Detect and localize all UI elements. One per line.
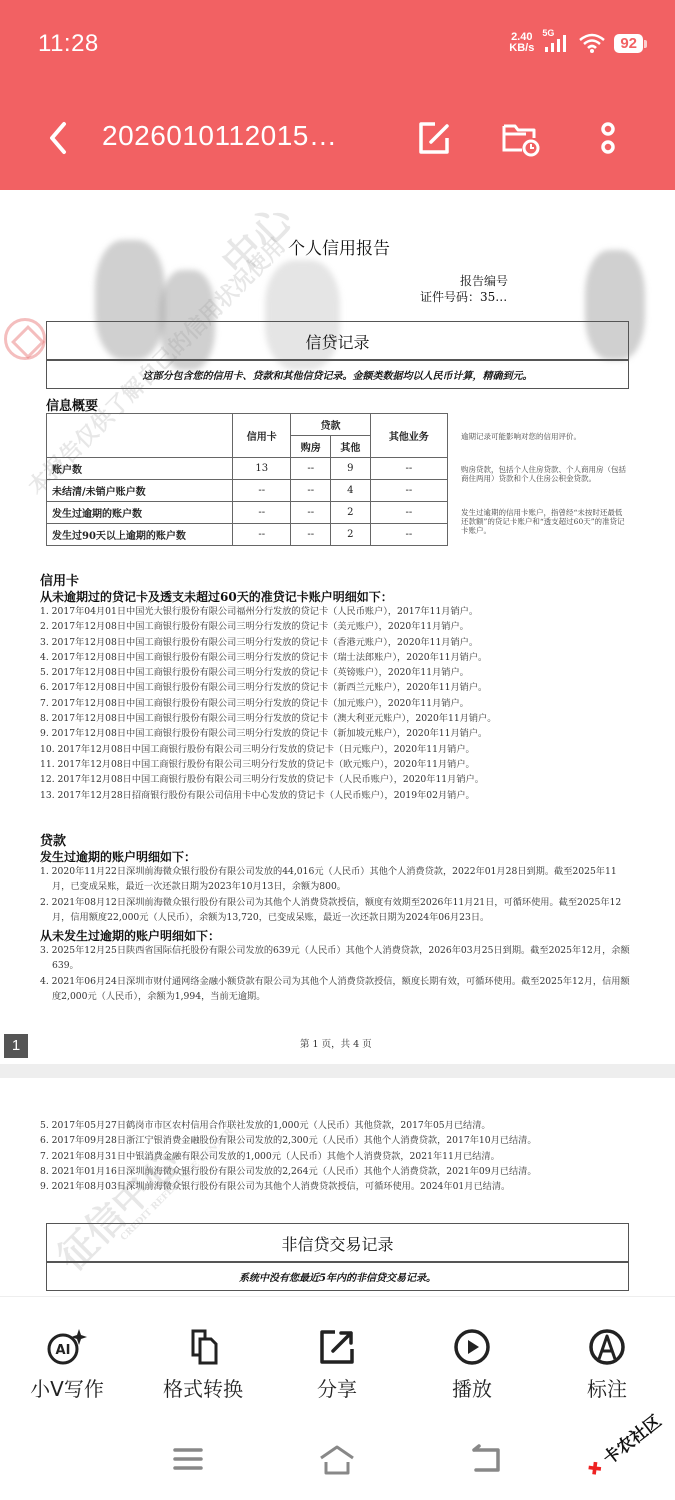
top-bar: 11:28 2.40 KB/s 5G 92 2026010112015… [0, 0, 675, 190]
list-item: 5. 2017年05月27日鹤岗市市区农村信用合作联社发放的1,000元（人民币… [40, 1118, 630, 1133]
non-credit-section-box: 非信贷交易记录 系统中没有您最近5年内的非信贷交易记录。 [46, 1223, 629, 1291]
report-id-label: 证件号码：35… [420, 288, 507, 305]
credit-section-description: 这部分包含您的信用卡、贷款和其他信贷记录。金额类数据均以人民币计算，精确到元。 [47, 361, 628, 388]
play-icon [452, 1327, 492, 1367]
summary-note: 逾期记录可能影响对您的信用评价。 [461, 432, 626, 441]
menu-icon[interactable] [172, 1444, 204, 1474]
list-item: 8. 2017年12月08日中国工商银行股份有限公司三明分行发放的贷记卡（澳大利… [40, 711, 630, 726]
more-icon[interactable] [588, 118, 628, 158]
page-footer: 1 第 1 页，共 4 页 [0, 1028, 675, 1062]
credit-section-title: 信贷记录 [47, 322, 628, 361]
folder-clock-icon[interactable] [500, 118, 540, 158]
header-loan-housing: 购房 [291, 436, 331, 458]
bottom-toolbar: AI 小V写作 格式转换 分享 播放 标注 [0, 1296, 675, 1416]
annotate-icon [587, 1327, 627, 1367]
signal-icon: 5G [542, 32, 570, 54]
seal-stamp [4, 318, 46, 360]
header-other-business: 其他业务 [370, 414, 447, 458]
loan-normal-heading: 从未发生过逾期的账户明细如下： [40, 927, 220, 944]
system-nav-bar [0, 1416, 675, 1500]
page-separator [0, 1064, 675, 1078]
list-item: 9. 2021年08月03日深圳前海微众银行股份有限公司为其他个人消费贷款授信，… [40, 1179, 630, 1194]
ai-icon: AI [45, 1327, 89, 1367]
list-item: 3. 2025年12月25日陕西省国际信托股份有限公司发放的639元（人民币）其… [40, 943, 630, 974]
summary-table: 信用卡 贷款 其他业务 购房 其他 账户数 13 -- 9 -- 未结清/未销户… [46, 413, 448, 546]
edit-icon[interactable] [415, 118, 455, 158]
toolbar-ai-writing[interactable]: AI 小V写作 [12, 1327, 122, 1402]
back-icon[interactable] [40, 118, 76, 158]
list-item: 6. 2017年09月28日浙江宁银消费金融股份有限公司发放的2,300元（人民… [40, 1133, 630, 1148]
table-row: 发生过逾期的账户数 -- -- 2 -- [47, 502, 448, 524]
toolbar-annotate[interactable]: 标注 [552, 1327, 662, 1402]
list-item: 8. 2021年01月16日深圳前海微众银行股份有限公司发放的2,264元（人民… [40, 1164, 630, 1179]
back-nav-icon[interactable] [470, 1444, 504, 1474]
app-bar: 2026010112015… [0, 108, 675, 168]
pdf-viewer[interactable]: 中心 本报告仅供了解自己的信用状况使用 个人信用报告 报告编号 证件号码：35…… [0, 190, 675, 1295]
page-count-text: 第 1 页，共 4 页 [300, 1036, 372, 1050]
loan-overdue-heading: 发生过逾期的账户明细如下： [40, 848, 196, 865]
list-item: 7. 2021年08月31日中银消费金融有限公司发放的1,000元（人民币）其他… [40, 1149, 630, 1164]
header-credit-card: 信用卡 [233, 414, 291, 458]
loan-settled-list: 5. 2017年05月27日鹤岗市市区农村信用合作联社发放的1,000元（人民币… [40, 1118, 630, 1194]
list-item: 3. 2017年12月08日中国工商银行股份有限公司三明分行发放的贷记卡（香港元… [40, 635, 630, 650]
battery-indicator: 92 [614, 34, 643, 53]
list-item: 9. 2017年12月08日中国工商银行股份有限公司三明分行发放的贷记卡（新加坡… [40, 726, 630, 741]
table-row: 账户数 13 -- 9 -- [47, 458, 448, 480]
page-number-badge[interactable]: 1 [4, 1034, 28, 1058]
net-speed: 2.40 KB/s [509, 32, 534, 54]
loan-overdue-list: 1. 2020年11月22日深圳前海微众银行股份有限公司发放的44,016元（人… [40, 864, 630, 925]
credit-card-heading: 信用卡 [40, 570, 79, 589]
toolbar-share[interactable]: 分享 [282, 1327, 392, 1402]
summary-heading: 信息概要 [46, 395, 98, 414]
table-row: 发生过90天以上逾期的账户数 -- -- 2 -- [47, 524, 448, 546]
non-credit-section-description: 系统中没有您最近5年内的非信贷交易记录。 [47, 1263, 628, 1290]
list-item: 11. 2017年12月08日中国工商银行股份有限公司三明分行发放的贷记卡（欧元… [40, 757, 630, 772]
header-loan-other: 其他 [331, 436, 371, 458]
list-item: 1. 2017年04月01日中国光大银行股份有限公司福州分行发放的贷记卡（人民币… [40, 604, 630, 619]
list-item: 6. 2017年12月08日中国工商银行股份有限公司三明分行发放的贷记卡（新西兰… [40, 680, 630, 695]
status-time: 11:28 [38, 30, 99, 58]
credit-section-box: 信贷记录 这部分包含您的信用卡、贷款和其他信贷记录。金额类数据均以人民币计算，精… [46, 321, 629, 389]
report-title: 个人信用报告 [288, 234, 390, 259]
summary-note: 购房贷款，包括个人住房贷款、个人商用房（包括商住两用）贷款和个人住房公积金贷款。 [461, 465, 626, 483]
share-icon [317, 1327, 357, 1367]
wifi-icon [578, 32, 606, 54]
list-item: 4. 2017年12月08日中国工商银行股份有限公司三明分行发放的贷记卡（瑞士法… [40, 650, 630, 665]
list-item: 4. 2021年06月24日深圳市财付通网络金融小额贷款有限公司为其他个人消费贷… [40, 974, 630, 1005]
list-item: 1. 2020年11月22日深圳前海微众银行股份有限公司发放的44,016元（人… [40, 864, 630, 895]
report-number-label: 报告编号 [460, 272, 508, 289]
list-item: 2. 2021年08月12日深圳前海微众银行股份有限公司为其他个人消费贷款授信，… [40, 895, 630, 926]
list-item: 10. 2017年12月08日中国工商银行股份有限公司三明分行发放的贷记卡（日元… [40, 742, 630, 757]
document-title: 2026010112015… [102, 120, 337, 152]
summary-note: 发生过逾期的信用卡账户，指曾经“未按时还最低还款额”的贷记卡账户和“透支超过60… [461, 508, 626, 535]
toolbar-format-convert[interactable]: 格式转换 [148, 1327, 258, 1402]
list-item: 2. 2017年12月08日中国工商银行股份有限公司三明分行发放的贷记卡（美元账… [40, 619, 630, 634]
list-item: 12. 2017年12月08日中国工商银行股份有限公司三明分行发放的贷记卡（人民… [40, 772, 630, 787]
home-icon[interactable] [318, 1444, 356, 1476]
format-convert-icon [183, 1327, 223, 1367]
list-item: 7. 2017年12月08日中国工商银行股份有限公司三明分行发放的贷记卡（加元账… [40, 696, 630, 711]
list-item: 5. 2017年12月08日中国工商银行股份有限公司三明分行发放的贷记卡（英镑账… [40, 665, 630, 680]
list-item: 13. 2017年12月28日招商银行股份有限公司信用卡中心发放的贷记卡（人民币… [40, 788, 630, 803]
toolbar-play[interactable]: 播放 [417, 1327, 527, 1402]
credit-card-subheading: 从未逾期过的贷记卡及透支未超过60天的准贷记卡账户明细如下： [40, 588, 393, 605]
loan-normal-list: 3. 2025年12月25日陕西省国际信托股份有限公司发放的639元（人民币）其… [40, 943, 630, 1004]
header-blank [47, 414, 233, 458]
status-icons: 2.40 KB/s 5G 92 [509, 32, 643, 54]
header-loan: 贷款 [291, 414, 370, 436]
table-row: 未结清/未销户账户数 -- -- 4 -- [47, 480, 448, 502]
credit-card-list: 1. 2017年04月01日中国光大银行股份有限公司福州分行发放的贷记卡（人民币… [40, 604, 630, 803]
status-bar: 11:28 2.40 KB/s 5G 92 [0, 0, 675, 90]
loan-heading: 贷款 [40, 830, 66, 849]
non-credit-section-title: 非信贷交易记录 [47, 1224, 628, 1263]
svg-text:AI: AI [56, 1343, 71, 1358]
